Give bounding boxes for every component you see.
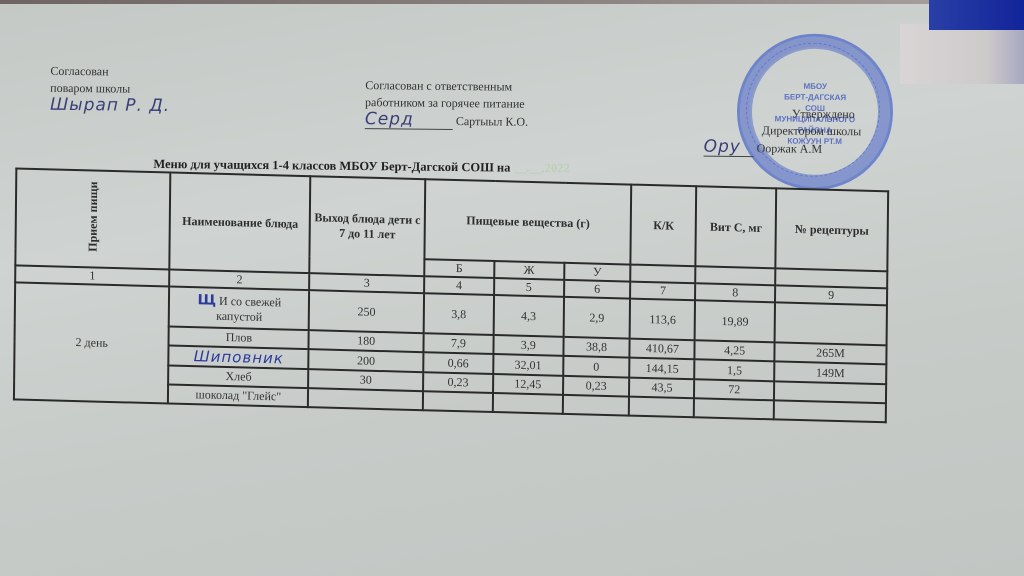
yield-cell: 250 [309, 290, 424, 333]
col-num: 6 [564, 280, 631, 299]
col-num: 4 [424, 276, 494, 295]
carbs-cell: 38,8 [563, 337, 630, 358]
protein-cell: 3,8 [424, 293, 494, 335]
kcal-cell [629, 397, 694, 418]
approval-director-line2: Директором школы [762, 122, 862, 140]
stamp-text-2: БЕРТ-ДАГСКАЯ [770, 91, 860, 103]
director-name: Ооржак А.М [757, 141, 823, 156]
recipe-cell [774, 400, 886, 422]
header-yield: Выход блюда дети с 7 до 11 лет [310, 176, 426, 276]
fat-cell: 3,9 [493, 335, 563, 356]
approval-director-line1: Утверждено [762, 105, 862, 123]
vitc-cell: 19,89 [695, 300, 775, 342]
col-num: 8 [695, 283, 775, 302]
director-signature: Ору [704, 139, 754, 158]
meal-day-cell: 2 день [14, 282, 170, 403]
header-nutrients: Пищевые вещества (г) [424, 179, 631, 264]
responsible-name: Сартыыл К.О. [456, 114, 528, 129]
fat-cell [493, 393, 563, 414]
dish-cell: Щ И со свежей капустой [169, 287, 309, 331]
recipe-cell [775, 302, 887, 345]
subheader-protein: Б [424, 259, 494, 278]
yield-cell [308, 388, 423, 410]
approval-cook-line1: Согласован [50, 63, 170, 81]
col-num: 5 [494, 278, 564, 297]
fat-cell: 32,01 [493, 354, 563, 376]
fat-cell: 4,3 [493, 295, 563, 337]
vitc-cell [694, 398, 774, 419]
protein-cell: 7,9 [423, 333, 493, 354]
approval-director: Утверждено Директором школы Ору Ооржак А… [762, 105, 862, 158]
document: Согласован поваром школы Шырап Р. Д. Сог… [0, 0, 1024, 576]
kcal-cell: 410,67 [630, 339, 695, 360]
carbs-cell: 0 [563, 356, 630, 378]
kcal-cell: 113,6 [630, 299, 695, 341]
carbs-cell: 0,23 [563, 376, 630, 397]
vitc-cell: 4,25 [695, 340, 775, 361]
col-num: 7 [630, 282, 695, 301]
subheader-carbs: У [564, 263, 631, 282]
carbs-cell: 2,9 [563, 297, 630, 339]
protein-cell: 0,66 [423, 352, 493, 374]
header-dish: Наименование блюда [170, 173, 311, 274]
protein-cell [423, 391, 493, 412]
kcal-cell: 144,15 [630, 358, 695, 380]
header-recipe: № рецептуры [775, 188, 888, 271]
subheader-fat: Ж [494, 261, 564, 280]
vitc-cell: 72 [694, 379, 774, 400]
carbs-cell [562, 395, 629, 416]
approval-responsible-line1: Согласован с ответственным [365, 77, 528, 96]
responsible-signature: Серд [365, 111, 453, 130]
cook-signature: Шырап Р. Д. [50, 97, 170, 115]
header-vitc: Вит С, мг [696, 186, 777, 268]
approval-cook: Согласован поваром школы Шырап Р. Д. [50, 63, 171, 115]
header-meal: Прием пищи [15, 168, 170, 269]
approval-responsible: Согласован с ответственным работником за… [365, 77, 529, 131]
kcal-cell: 43,5 [629, 378, 694, 399]
menu-table: Прием пищи Наименование блюда Выход блюд… [13, 167, 889, 423]
header-kcal: К/К [631, 185, 697, 267]
fat-cell: 12,45 [493, 374, 563, 395]
protein-cell: 0,23 [423, 372, 493, 393]
dish-cell: шоколад "Глейс" [168, 384, 308, 407]
header-row: Прием пищи Наименование блюда Выход блюд… [16, 168, 889, 271]
title-date: __.__.2022 [513, 161, 569, 176]
vitc-cell: 1,5 [695, 359, 775, 381]
